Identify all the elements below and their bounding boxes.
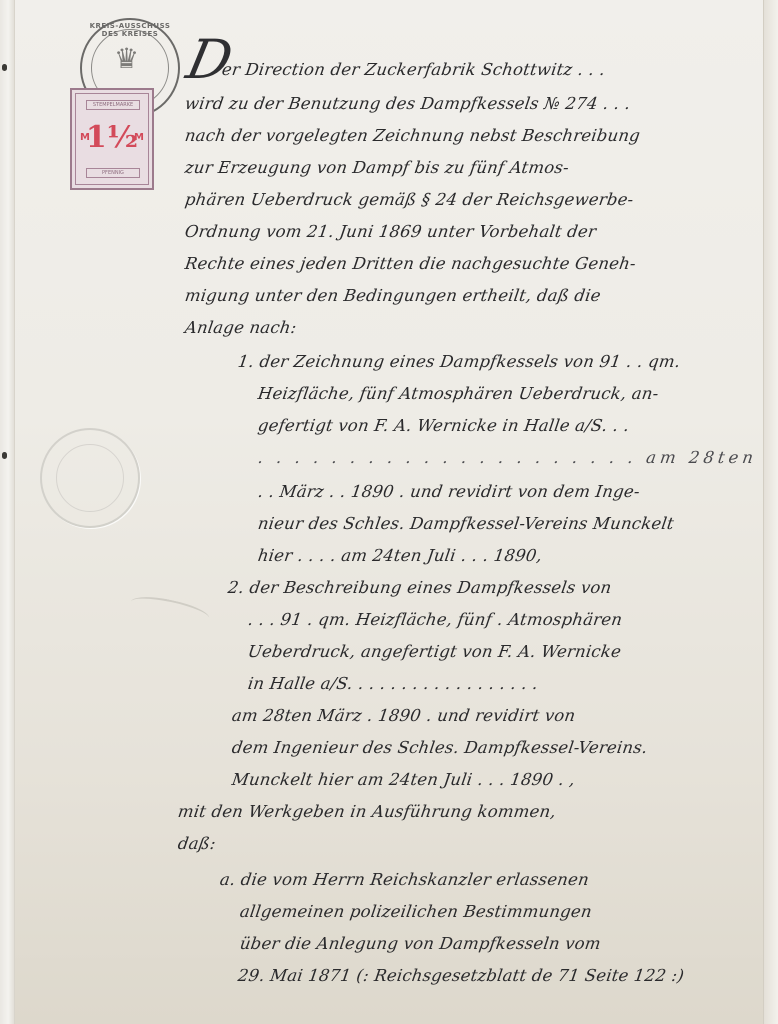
text-line: . . . 91 . qm. Heizfläche, fünf . Atmosp… — [247, 610, 624, 629]
text-line: Rechte eines jeden Dritten die nachgesuc… — [184, 254, 638, 273]
text-line: wird zu der Benutzung des Dampfkessels №… — [184, 94, 632, 113]
text-line: phären Ueberdruck gemäß § 24 der Reichsg… — [184, 190, 635, 209]
handwritten-text: D er Direction der Zuckerfabrik Schottwi… — [0, 0, 778, 1024]
document-page: KREIS-AUSSCHUSS DES KREISES ♛ STEMPELMAR… — [0, 0, 778, 1024]
text-line: zur Erzeugung von Dampf bis zu fünf Atmo… — [184, 158, 571, 177]
text-line: über die Anlegung von Dampfkesseln vom — [239, 934, 602, 953]
text-line: . . . . . . . . . . . . . . . . . . . . … — [257, 448, 759, 467]
text-line: am 28ten März . 1890 . und revidirt von — [231, 706, 577, 725]
text-line: gefertigt von F. A. Wernicke in Halle a/… — [257, 416, 631, 435]
text-line: Ueberdruck, angefertigt von F. A. Wernic… — [247, 642, 623, 661]
text-line: er Direction der Zuckerfabrik Schottwitz… — [221, 60, 607, 79]
text-line: hier . . . . am 24ten Juli . . . 1890, — [257, 546, 544, 565]
list-item-a: a. die vom Herrn Reichskanzler erlassene… — [219, 870, 591, 889]
text-line: Ordnung vom 21. Juni 1869 unter Vorbehal… — [184, 222, 598, 241]
text-line: daß: — [177, 834, 217, 853]
text-line: in Halle a/S. . . . . . . . . . . . . . … — [247, 674, 540, 693]
text-line: nieur des Schles. Dampfkessel-Vereins Mu… — [257, 514, 675, 533]
list-item-2: 2. der Beschreibung eines Dampfkessels v… — [227, 578, 613, 597]
text-line: nach der vorgelegten Zeichnung nebst Bes… — [184, 126, 642, 145]
text-line: migung unter den Bedingungen ertheilt, d… — [184, 286, 602, 305]
text-line: . . März . . 1890 . und revidirt von dem… — [257, 482, 641, 501]
list-item-1: 1. der Zeichnung eines Dampfkessels von … — [237, 352, 682, 371]
text-line: Heizfläche, fünf Atmosphären Ueberdruck,… — [257, 384, 660, 403]
text-line: Munckelt hier am 24ten Juli . . . 1890 .… — [231, 770, 577, 789]
text-line: dem Ingenieur des Schles. Dampfkessel-Ve… — [231, 738, 649, 757]
text-line: mit den Werkgeben in Ausführung kommen, — [177, 802, 558, 821]
text-line: 29. Mai 1871 (: Reichsgesetzblatt de 71 … — [237, 966, 686, 985]
text-line: allgemeinen polizeilichen Bestimmungen — [239, 902, 594, 921]
text-line: Anlage nach: — [184, 318, 298, 337]
